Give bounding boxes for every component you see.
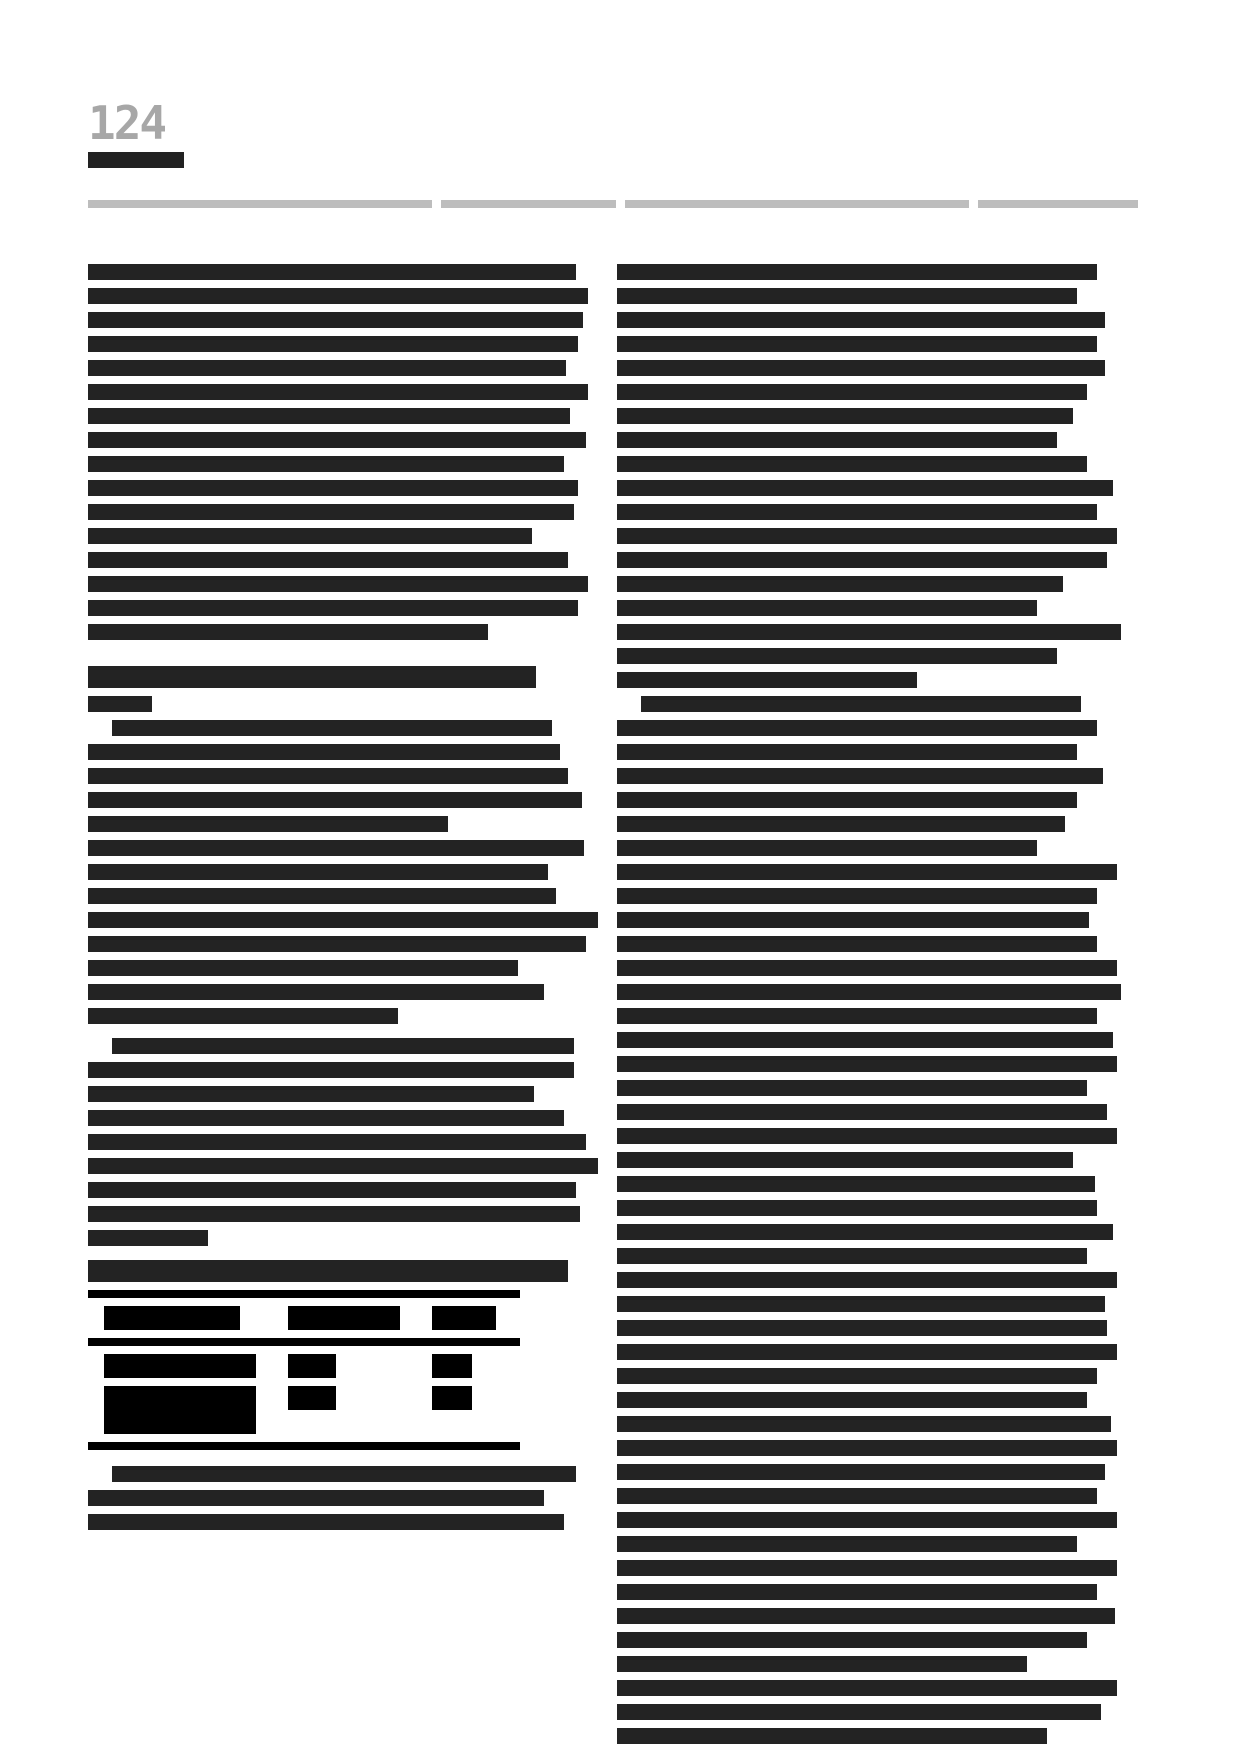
text-line bbox=[617, 1104, 1107, 1120]
text-line bbox=[617, 864, 1117, 880]
text-line bbox=[617, 600, 1037, 616]
text-line bbox=[88, 432, 586, 448]
text-line bbox=[88, 504, 574, 520]
text-line bbox=[88, 1158, 598, 1174]
text-line bbox=[88, 960, 518, 976]
text-line bbox=[617, 1008, 1097, 1024]
text-line bbox=[617, 1272, 1117, 1288]
table-header-cell bbox=[432, 1306, 496, 1330]
paragraph bbox=[88, 1466, 598, 1530]
page-number: 124 bbox=[88, 100, 165, 146]
text-line bbox=[617, 1032, 1113, 1048]
left-column bbox=[88, 264, 598, 1538]
text-line bbox=[88, 744, 560, 760]
text-line bbox=[617, 264, 1097, 280]
paragraph bbox=[88, 720, 598, 1024]
text-line bbox=[88, 624, 488, 640]
text-line bbox=[88, 1110, 564, 1126]
table-cell bbox=[432, 1386, 472, 1410]
text-line bbox=[617, 1248, 1087, 1264]
text-line bbox=[88, 792, 582, 808]
table-header-row bbox=[88, 1298, 520, 1338]
text-line bbox=[88, 1230, 208, 1246]
text-line bbox=[617, 1056, 1117, 1072]
paragraph bbox=[617, 696, 1137, 1744]
text-line bbox=[617, 624, 1121, 640]
text-line bbox=[617, 360, 1105, 376]
table-cell bbox=[288, 1386, 336, 1410]
header-rule-4 bbox=[978, 200, 1138, 208]
text-line bbox=[617, 288, 1077, 304]
running-head bbox=[88, 152, 184, 168]
paragraph bbox=[88, 1038, 598, 1246]
text-line bbox=[112, 1466, 576, 1482]
text-line bbox=[88, 600, 578, 616]
text-line bbox=[88, 888, 556, 904]
text-line bbox=[88, 384, 588, 400]
text-line bbox=[88, 1008, 398, 1024]
text-line bbox=[617, 912, 1089, 928]
text-line bbox=[617, 648, 1057, 664]
paragraph bbox=[88, 264, 598, 640]
text-line bbox=[617, 888, 1097, 904]
text-line bbox=[617, 816, 1065, 832]
text-line bbox=[88, 456, 564, 472]
text-line bbox=[88, 768, 568, 784]
text-line bbox=[617, 1536, 1077, 1552]
text-line bbox=[617, 1680, 1117, 1696]
text-line bbox=[617, 1728, 1047, 1744]
text-line bbox=[88, 480, 578, 496]
text-line bbox=[88, 288, 588, 304]
text-line bbox=[88, 576, 588, 592]
text-line bbox=[617, 936, 1097, 952]
table-header-cell bbox=[104, 1306, 240, 1330]
text-line bbox=[88, 1206, 580, 1222]
text-line bbox=[88, 1062, 574, 1078]
table-header-cell bbox=[288, 1306, 400, 1330]
text-line bbox=[617, 1128, 1117, 1144]
text-line bbox=[88, 528, 532, 544]
text-line bbox=[617, 1656, 1027, 1672]
table-mid-rule bbox=[88, 1338, 520, 1346]
text-line bbox=[617, 1224, 1113, 1240]
text-line bbox=[617, 552, 1107, 568]
header-rule-2 bbox=[441, 200, 616, 208]
text-line bbox=[88, 984, 544, 1000]
text-line bbox=[617, 720, 1097, 736]
table-cell bbox=[432, 1354, 472, 1378]
text-line bbox=[617, 1344, 1117, 1360]
text-line bbox=[617, 792, 1077, 808]
text-line bbox=[88, 552, 568, 568]
text-line bbox=[88, 264, 576, 280]
text-line bbox=[88, 936, 586, 952]
text-line bbox=[617, 1152, 1073, 1168]
text-line bbox=[88, 1182, 576, 1198]
text-line bbox=[617, 576, 1063, 592]
text-line bbox=[617, 1416, 1111, 1432]
text-line bbox=[88, 360, 566, 376]
text-line bbox=[88, 312, 583, 328]
table-cell bbox=[104, 1354, 256, 1378]
table-bottom-rule bbox=[88, 1442, 520, 1450]
table-caption bbox=[88, 1260, 568, 1282]
text-line bbox=[88, 912, 598, 928]
text-line bbox=[617, 960, 1117, 976]
table-row bbox=[88, 1386, 520, 1442]
text-line bbox=[88, 336, 578, 352]
text-line bbox=[88, 1490, 544, 1506]
text-line bbox=[617, 1488, 1097, 1504]
text-line bbox=[617, 1608, 1115, 1624]
table-cell bbox=[288, 1354, 336, 1378]
text-line bbox=[617, 984, 1121, 1000]
text-line bbox=[617, 1368, 1097, 1384]
text-line bbox=[617, 504, 1097, 520]
text-line bbox=[617, 1704, 1101, 1720]
text-line bbox=[112, 1038, 574, 1054]
text-line bbox=[617, 432, 1057, 448]
text-line bbox=[88, 1086, 534, 1102]
text-line bbox=[617, 456, 1087, 472]
text-line bbox=[617, 408, 1073, 424]
text-line bbox=[641, 696, 1081, 712]
text-line bbox=[617, 528, 1117, 544]
text-line bbox=[88, 864, 548, 880]
table-cell bbox=[104, 1386, 256, 1434]
header-rule-1 bbox=[88, 200, 432, 208]
text-line bbox=[617, 840, 1037, 856]
text-line bbox=[112, 720, 552, 736]
section-heading bbox=[88, 666, 536, 688]
paragraph bbox=[617, 264, 1137, 688]
text-line bbox=[88, 840, 584, 856]
text-line bbox=[88, 1134, 586, 1150]
table-top-rule bbox=[88, 1290, 520, 1298]
text-line bbox=[617, 1512, 1117, 1528]
text-line bbox=[617, 384, 1087, 400]
text-line bbox=[617, 1464, 1105, 1480]
text-line bbox=[617, 1584, 1097, 1600]
data-table bbox=[88, 1290, 520, 1450]
right-column bbox=[617, 264, 1137, 1752]
text-line bbox=[617, 336, 1097, 352]
text-line bbox=[617, 768, 1103, 784]
text-line bbox=[88, 816, 448, 832]
text-line bbox=[617, 312, 1105, 328]
text-line bbox=[617, 1296, 1105, 1312]
text-line bbox=[617, 672, 917, 688]
header-rule-3 bbox=[625, 200, 969, 208]
text-line bbox=[617, 1176, 1095, 1192]
table-row bbox=[88, 1346, 520, 1386]
text-line bbox=[617, 480, 1113, 496]
text-line bbox=[617, 1080, 1087, 1096]
text-line bbox=[617, 1200, 1097, 1216]
text-line bbox=[617, 1560, 1117, 1576]
text-line bbox=[617, 1392, 1087, 1408]
text-line bbox=[617, 1632, 1087, 1648]
text-line bbox=[88, 1514, 564, 1530]
text-line bbox=[617, 1320, 1107, 1336]
text-line bbox=[88, 408, 570, 424]
text-line bbox=[617, 1440, 1117, 1456]
text-line bbox=[88, 696, 152, 712]
text-line bbox=[617, 744, 1077, 760]
